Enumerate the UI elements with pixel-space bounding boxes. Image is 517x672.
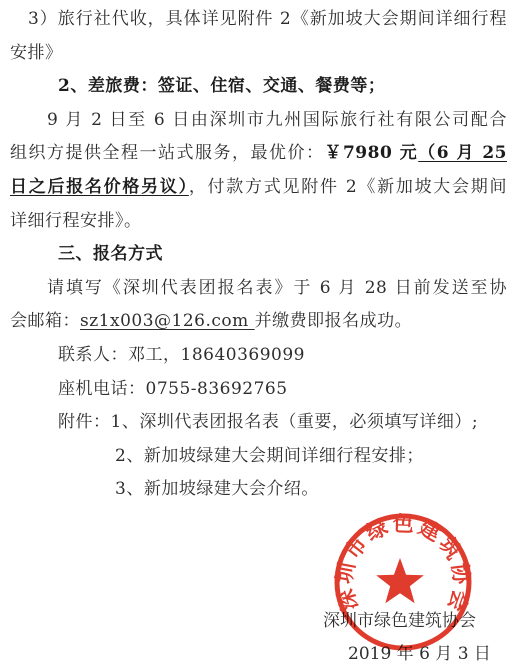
text-segment: 请填写《深圳代表团报名表》于 6 月 28 日前发送至协 <box>47 278 507 298</box>
star-icon <box>376 558 424 603</box>
text-segment: 详细行程安排》。 <box>10 211 142 231</box>
text-line: 3）旅行社代收，具体详见附件 2《新加坡大会期间详细行程 <box>10 3 507 37</box>
text-line: 安排》 <box>10 37 507 71</box>
text-segment: 日之后报名价格另议） <box>10 177 189 197</box>
text-segment: ￥7980 元 <box>324 143 418 163</box>
signature-org: 深圳市绿色建筑协会 <box>323 606 476 631</box>
signature-date: 2019 年 6 月 3 日 <box>348 639 491 664</box>
text-line: 2、差旅费：签证、住宿、交通、餐费等； <box>10 70 507 104</box>
text-line: 会邮箱：sz1x003@126.com 并缴费即报名成功。 <box>10 305 507 339</box>
text-line: 9 月 2 日至 6 日由深圳市九州国际旅行社有限公司配合 <box>10 104 507 138</box>
official-seal: 深圳市绿色建筑协会 <box>328 511 478 655</box>
email-text: sz1x003@126.com <box>80 311 255 331</box>
text-line: 组织方提供全程一站式服务，最优价：￥7980 元（6 月 25 <box>10 137 507 171</box>
text-line: 请填写《深圳代表团报名表》于 6 月 28 日前发送至协 <box>10 272 507 306</box>
text-segment: （6 月 25 <box>418 143 507 163</box>
text-segment: 并缴费即报名成功。 <box>255 311 413 331</box>
text-segment: ，付款方式见附件 2《新加坡大会期间 <box>189 177 507 197</box>
text-segment: 组织方提供全程一站式服务，最优价： <box>10 143 324 163</box>
text-segment: 3、新加坡绿建大会介绍。 <box>115 479 319 499</box>
text-segment: 2、差旅费：签证、住宿、交通、餐费等； <box>58 76 385 96</box>
text-line: 座机电话：0755-83692765 <box>10 373 507 407</box>
seal-arc-text: 深圳市绿色建筑协会 <box>331 511 475 618</box>
text-segment: 安排》 <box>10 43 63 63</box>
document-page: 3）旅行社代收，具体详见附件 2《新加坡大会期间详细行程安排》2、差旅费：签证、… <box>0 0 517 672</box>
document-lines: 3）旅行社代收，具体详见附件 2《新加坡大会期间详细行程安排》2、差旅费：签证、… <box>10 3 507 507</box>
text-segment: 三、报名方式 <box>58 244 163 264</box>
text-segment: 3）旅行社代收，具体详见附件 2《新加坡大会期间详细行程 <box>28 9 507 29</box>
text-line: 详细行程安排》。 <box>10 205 507 239</box>
contact-line: 联系人：邓工，18640369099 <box>58 345 305 365</box>
text-line: 3、新加坡绿建大会介绍。 <box>10 473 507 507</box>
text-segment: 2、新加坡绿建大会期间详细行程安排； <box>115 446 424 466</box>
text-segment: 附件：1、深圳代表团报名表（重要，必须填写详细）; <box>58 412 478 432</box>
text-line: 2、新加坡绿建大会期间详细行程安排； <box>10 440 507 474</box>
phone-line: 座机电话：0755-83692765 <box>58 379 288 399</box>
text-line: 附件：1、深圳代表团报名表（重要，必须填写详细）; <box>10 406 507 440</box>
text-line: 联系人：邓工，18640369099 <box>10 339 507 373</box>
text-line: 三、报名方式 <box>10 238 507 272</box>
text-segment: 9 月 2 日至 6 日由深圳市九州国际旅行社有限公司配合 <box>47 110 507 130</box>
text-segment: 会邮箱： <box>10 311 80 331</box>
text-line: 日之后报名价格另议），付款方式见附件 2《新加坡大会期间 <box>10 171 507 205</box>
